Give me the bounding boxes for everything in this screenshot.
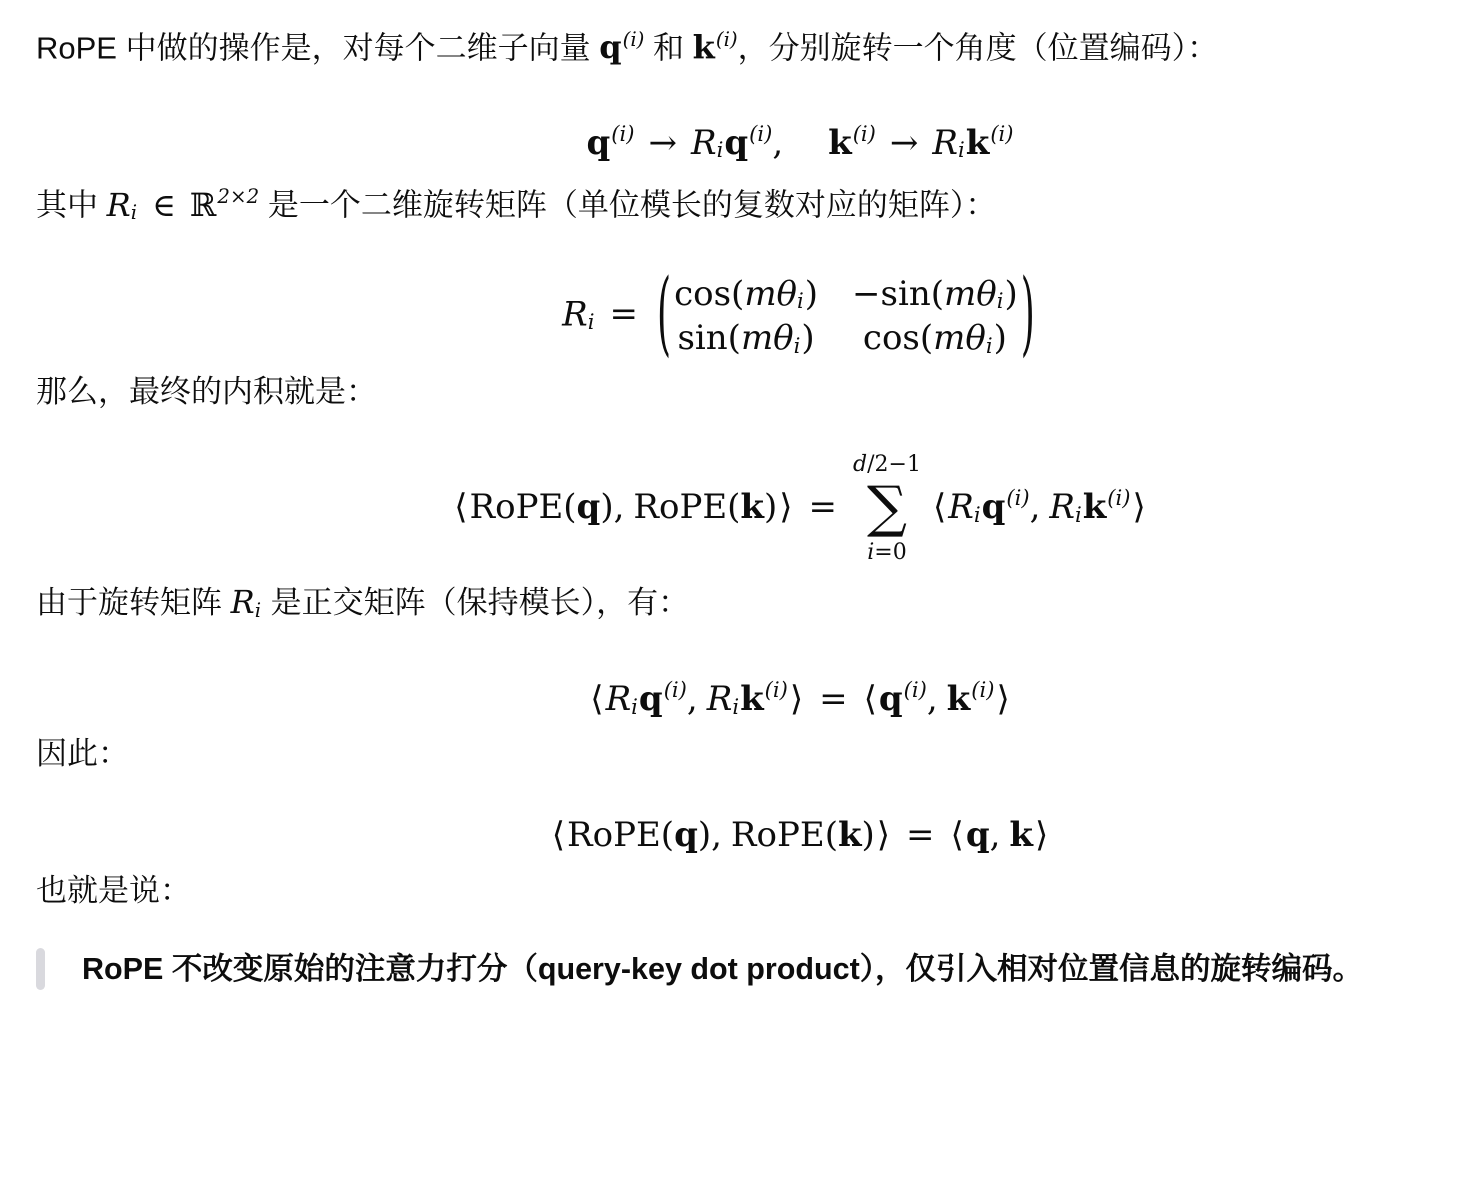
double-struck-R: ℝ — [190, 186, 217, 224]
inline-math-q: q(i) — [599, 28, 644, 66]
right-angle-bracket: ⟩ — [790, 679, 803, 719]
paragraph-therefore: 因此： — [36, 730, 1422, 777]
left-angle-bracket: ⟨ — [933, 487, 946, 527]
sum-upper-limit: d/2−1 — [853, 453, 921, 477]
matrix-cell-21: sin(mθi) — [674, 317, 818, 360]
paragraph-intro: RoPE 中做的操作是，对每个二维子向量 q(i) 和 k(i)，分别旋转一个角… — [36, 16, 1422, 71]
arrow-symbol: → — [648, 123, 677, 163]
right-paren: ) — [1018, 270, 1038, 362]
right-angle-bracket: ⟩ — [779, 487, 792, 527]
math-row: ⟨Riq(i),Rik(i)⟩=⟨q(i),k(i)⟩ — [588, 677, 1011, 721]
text-run: 是一个二维旋转矩阵（单位模长的复数对应的矩阵）： — [259, 188, 996, 223]
equals-symbol: = — [906, 815, 935, 855]
text-run: 是正交矩阵（保持模长），有： — [262, 585, 689, 620]
quote-text: RoPE 不改变原始的注意力打分（query-key dot product），… — [82, 942, 1363, 996]
matrix-cell-12: −sin(mθi) — [852, 273, 1018, 316]
blockquote: RoPE 不改变原始的注意力打分（query-key dot product），… — [36, 942, 1422, 996]
inline-math-Ri: Ri — [231, 583, 262, 621]
paragraph-rotation-matrix: 其中 Ri∈ℝ2×2 是一个二维旋转矩阵（单位模长的复数对应的矩阵）： — [36, 173, 1422, 236]
math-row: q(i)→Riq(i),k(i)→Rik(i) — [586, 121, 1013, 165]
equals-symbol: = — [809, 487, 838, 527]
inline-math-Ri-in-R2x2: Ri∈ℝ2×2 — [107, 186, 260, 224]
left-angle-bracket: ⟨ — [951, 815, 964, 855]
left-paren: ( — [654, 270, 674, 362]
math-row: Ri=(cos(mθi)−sin(mθi)sin(mθi)cos(mθi)) — [562, 273, 1038, 360]
text-run: 由于旋转矩阵 — [36, 585, 231, 620]
text-run: 因此： — [36, 736, 129, 771]
sigma-symbol: ∑ — [867, 477, 907, 541]
matrix-cells: cos(mθi)−sin(mθi)sin(mθi)cos(mθi) — [674, 273, 1018, 360]
text-run: 也就是说： — [36, 873, 191, 908]
document-page: RoPE 中做的操作是，对每个二维子向量 q(i) 和 k(i)，分别旋转一个角… — [0, 0, 1458, 1190]
equals-symbol: = — [610, 294, 639, 334]
math-row: ⟨RoPE(q),RoPE(k)⟩=⟨q,k⟩ — [550, 814, 1050, 857]
equation-rotation-matrix: Ri=(cos(mθi)−sin(mθi)sin(mθi)cos(mθi)) — [178, 264, 1422, 368]
inline-math-k: k(i) — [693, 28, 738, 66]
sum-lower-limit: i=0 — [867, 541, 906, 565]
matrix-cell-11: cos(mθi) — [674, 273, 818, 316]
equation-inner-product-sum: ⟨RoPE(q),RoPE(k)⟩=d/2−1∑i=0⟨Riq(i),Rik(i… — [178, 439, 1422, 579]
paragraph-orthogonal: 由于旋转矩阵 Ri 是正交矩阵（保持模长），有： — [36, 579, 1422, 634]
left-angle-bracket: ⟨ — [454, 487, 467, 527]
element-of-symbol: ∈ — [152, 186, 176, 224]
summation: d/2−1∑i=0 — [853, 453, 921, 565]
right-angle-bracket: ⟩ — [1035, 815, 1048, 855]
text-run: ，分别旋转一个角度（位置编码）： — [738, 30, 1219, 65]
right-angle-bracket: ⟩ — [996, 679, 1009, 719]
matrix-cell-22: cos(mθi) — [852, 317, 1018, 360]
text-run: RoPE 中做的操作是，对每个二维子向量 — [36, 30, 599, 65]
left-angle-bracket: ⟨ — [590, 679, 603, 719]
left-angle-bracket: ⟨ — [552, 815, 565, 855]
text-run: 其中 — [36, 188, 107, 223]
equation-invariance: ⟨Riq(i),Rik(i)⟩=⟨q(i),k(i)⟩ — [178, 668, 1422, 730]
paragraph-inner-product: 那么，最终的内积就是： — [36, 368, 1422, 415]
matrix: (cos(mθi)−sin(mθi)sin(mθi)cos(mθi)) — [654, 273, 1038, 360]
right-angle-bracket: ⟩ — [1133, 487, 1146, 527]
quote-bar — [36, 948, 45, 990]
equation-rope-equals: ⟨RoPE(q),RoPE(k)⟩=⟨q,k⟩ — [178, 805, 1422, 867]
paragraph-conclusion-lead: 也就是说： — [36, 867, 1422, 914]
right-angle-bracket: ⟩ — [877, 815, 890, 855]
arrow-symbol: → — [890, 123, 919, 163]
equation-rotation-map: q(i)→Riq(i),k(i)→Rik(i) — [178, 111, 1422, 173]
equals-symbol: = — [819, 679, 848, 719]
text-run: 那么，最终的内积就是： — [36, 374, 377, 409]
left-angle-bracket: ⟨ — [864, 679, 877, 719]
text-run: 和 — [644, 30, 692, 65]
math-row: ⟨RoPE(q),RoPE(k)⟩=d/2−1∑i=0⟨Riq(i),Rik(i… — [452, 453, 1148, 565]
